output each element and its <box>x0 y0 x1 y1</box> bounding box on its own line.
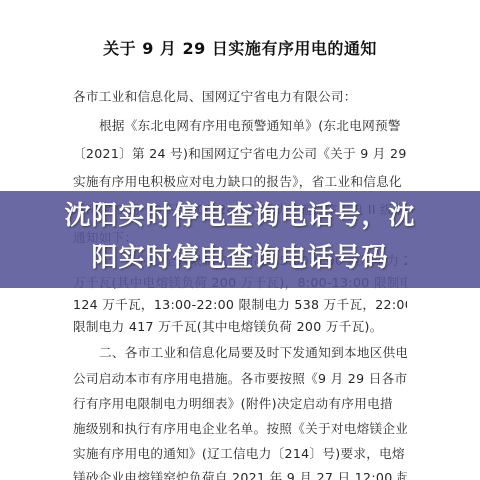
paragraph-line: 公司启动本市有序用电措施。各市要按照《9 月 29 日各市执 <box>73 368 407 387</box>
paragraph-line: 实施有序用电的通知》(辽工信电力〔214〕号)要求，电熔 <box>73 443 407 462</box>
paragraph-line: 根据《东北电网有序用电预警通知单》(东北电网预警 <box>99 115 407 134</box>
headline-line-2: 阳实时停电查询电话号码 <box>0 237 480 279</box>
document-title: 关于 9 月 29 日实施有序用电的通知 <box>0 36 480 59</box>
paragraph-line: 施级别和执行有序用电企业名单。按照《关于对电熔镁企业 <box>73 418 407 437</box>
paragraph-line: 二、各市工业和信息化局要及时下发通知到本地区供电 <box>99 342 407 361</box>
headline-overlay: 沈阳实时停电查询电话号，沈 阳实时停电查询电话号码 <box>0 195 480 279</box>
paragraph-line: 限制电力 417 万千瓦(其中电熔镁负荷 200 万千瓦)。 <box>73 316 407 335</box>
paragraph-line: 行有序用电限制电力明细表》(附件)决定启动有序用电措 <box>73 393 407 412</box>
paragraph-line: 实施有序用电积极应对电力缺口的报告》，省工业和信息化 <box>73 171 407 190</box>
paragraph-line: 124 万千瓦，13:00-22:00 限制电力 538 万千瓦，22:00-2… <box>73 294 407 313</box>
paragraph-line: 〔2021〕第 24 号)和国网辽宁省电力公司《关于 9 月 29 日 <box>73 143 407 162</box>
paragraph-line: 镁砂企业电熔镁窑炉负荷自 2021 年 9 月 27 日 12:00 起全部 <box>73 467 407 480</box>
headline-line-1: 沈阳实时停电查询电话号，沈 <box>0 195 480 237</box>
salutation: 各市工业和信息化局、国网辽宁省电力有限公司： <box>73 86 407 105</box>
